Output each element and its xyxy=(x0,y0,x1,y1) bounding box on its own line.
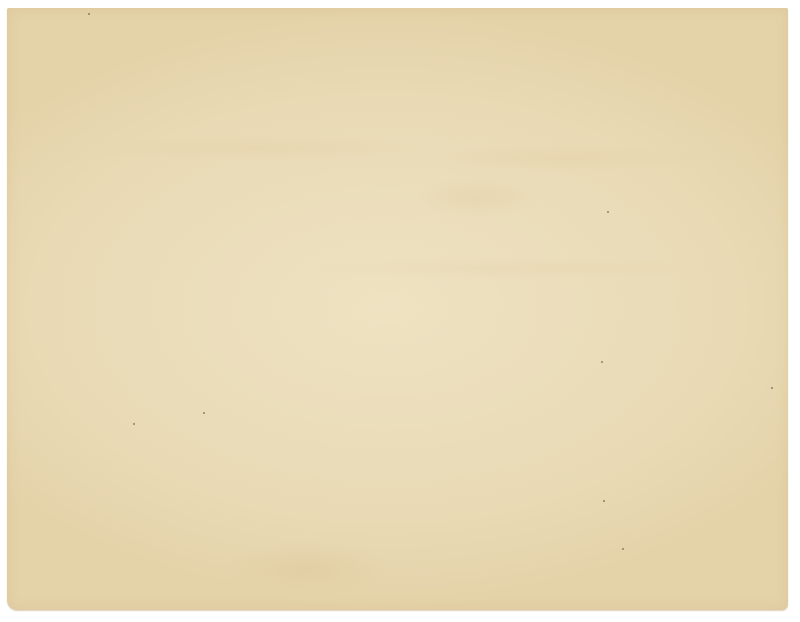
speck xyxy=(771,387,773,389)
speck xyxy=(88,13,90,15)
speck xyxy=(607,211,609,213)
speck xyxy=(203,412,205,414)
speck xyxy=(622,548,624,550)
speck xyxy=(603,500,605,502)
speck xyxy=(601,361,603,363)
speck xyxy=(133,423,135,425)
aged-paper-sheet xyxy=(7,8,788,610)
